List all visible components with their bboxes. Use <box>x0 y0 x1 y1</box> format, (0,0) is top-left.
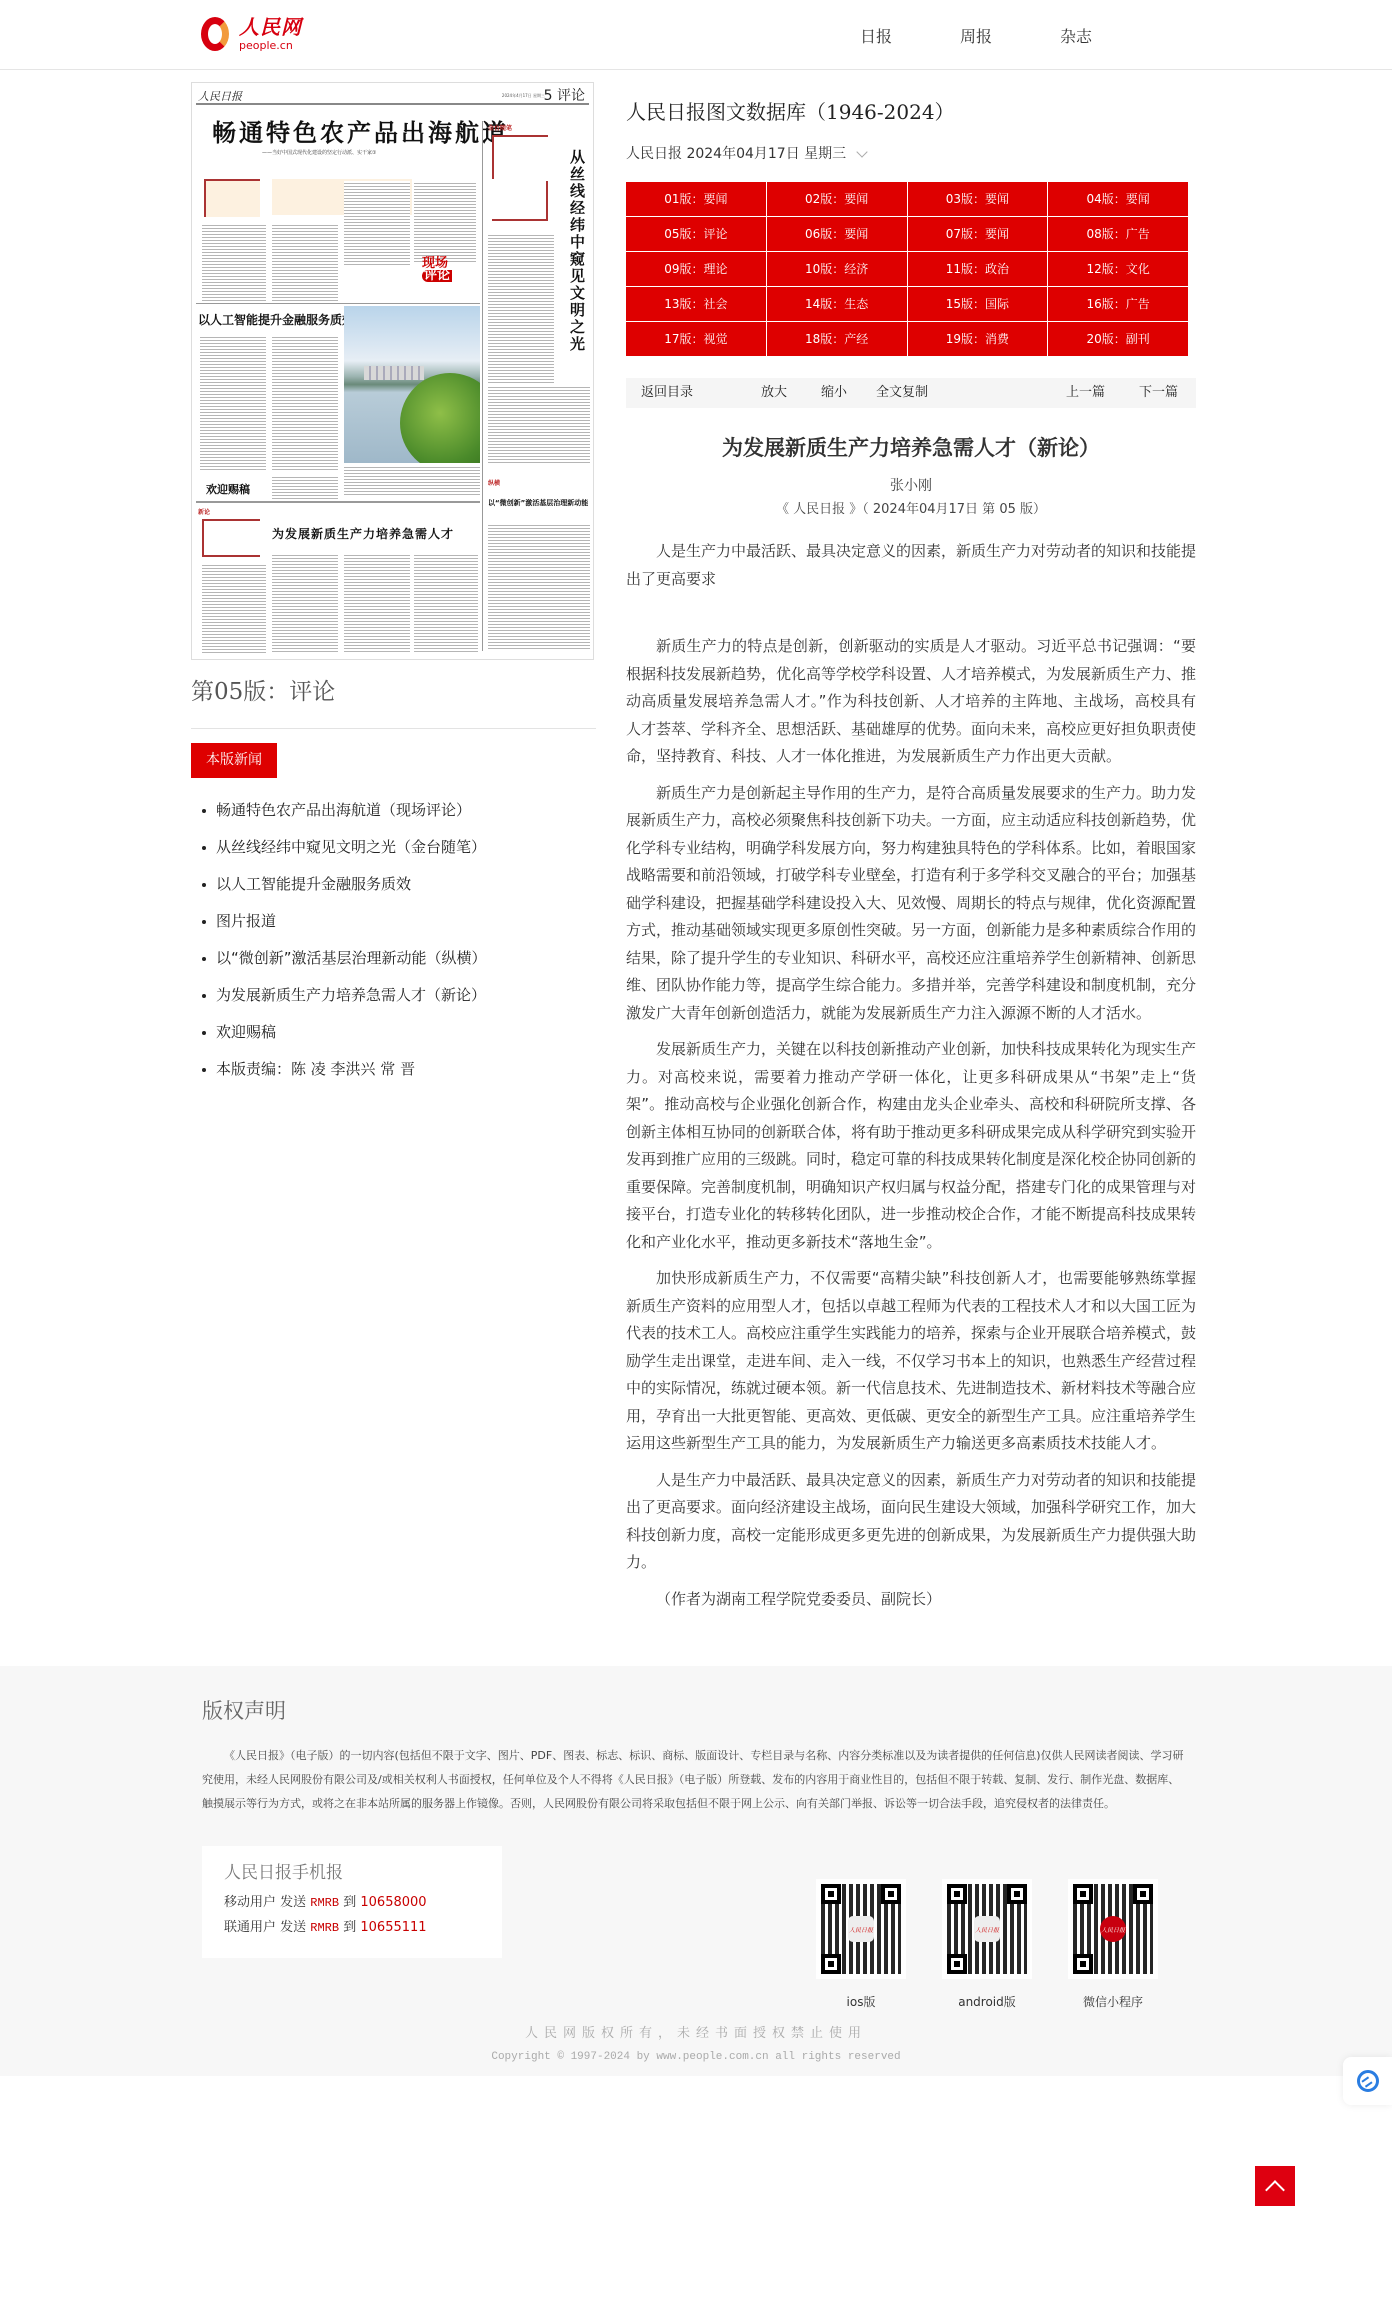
news-link[interactable]: 为发展新质生产力培养急需人才（新论） <box>216 986 486 1004</box>
edition-link[interactable]: 14版：生态 <box>767 287 907 321</box>
thumb-subhead: ——当好中国式现代化建设的坚定行动派、实干家① <box>262 149 377 156</box>
chevron-down-icon[interactable] <box>857 146 868 157</box>
thumb-tag-jintai: 金台随笔 <box>488 123 512 132</box>
qr-code-group: 人民日报 ios版 人民日报 android版 <box>816 1879 1158 2011</box>
article-lead: 人是生产力中最活跃、最具决定意义的因素，新质生产力对劳动者的知识和技能提出了更高… <box>626 538 1196 593</box>
news-link[interactable]: 从丝线经纬中窥见文明之光（金台随笔） <box>216 838 486 856</box>
top-nav: 日报 周报 杂志 <box>826 0 1126 70</box>
thumb-second-headline: 以人工智能提升金融服务质效 <box>198 311 354 328</box>
news-item[interactable]: 畅通特色农产品出海航道（现场评论） <box>191 792 596 829</box>
article-paragraph: 人是生产力中最活跃、最具决定意义的因素，新质生产力对劳动者的知识和技能提出了更高… <box>626 1467 1196 1577</box>
nav-daily[interactable]: 日报 <box>826 24 926 47</box>
mobile-row-cmcc: 移动用户 发送 RMRB 到 10658000 <box>224 1890 480 1915</box>
thumb-date: 2024年4月17日 星期三 <box>502 93 545 99</box>
edition-link[interactable]: 05版：评论 <box>626 217 766 251</box>
back-to-top-button[interactable] <box>1255 2166 1295 2206</box>
zoom-in-button[interactable]: 放大 <box>761 378 787 408</box>
news-item[interactable]: 以人工智能提升金融服务质效 <box>191 866 596 903</box>
thumb-tag-xinlun: 新论 <box>198 507 210 516</box>
rights-cn: 人民网版权所有，未经书面授权禁止使用 <box>196 2024 1196 2044</box>
edition-link[interactable]: 18版：产经 <box>767 322 907 356</box>
news-link[interactable]: 本版责编：陈 凌 李洪兴 常 晋 <box>216 1060 415 1078</box>
article-toolbar: 返回目录 放大 缩小 全文复制 上一篇 下一篇 <box>626 378 1196 408</box>
article-source: 《 人民日报 》（ 2024年04月17日 第 05 版） <box>626 500 1196 520</box>
edition-link[interactable]: 17版：视觉 <box>626 322 766 356</box>
edition-title: 第05版：评论 <box>191 672 596 712</box>
floating-assistant-button[interactable] <box>1343 2057 1392 2105</box>
logo-swirl-icon <box>201 15 235 53</box>
copyright-title: 版权声明 <box>196 1696 1196 1726</box>
qr-code-icon: 人民日报 <box>1068 1879 1158 1979</box>
article-paragraph: 发展新质生产力，关键在以科技创新推动产业创新，加快科技成果转化为现实生产力。对高… <box>626 1036 1196 1256</box>
back-to-index-button[interactable]: 返回目录 <box>641 378 693 408</box>
qr-label: 微信小程序 <box>1068 1993 1158 2011</box>
article-paragraph: 新质生产力是创新起主导作用的生产力，是符合高质量发展要求的生产力。助力发展新质生… <box>626 780 1196 1028</box>
edition-link[interactable]: 13版：社会 <box>626 287 766 321</box>
edition-link[interactable]: 03版：要闻 <box>908 182 1048 216</box>
thumb-section-label: 5 评论 <box>544 85 585 105</box>
copy-all-button[interactable]: 全文复制 <box>876 378 928 408</box>
people-cn-logo[interactable]: 人民网 people.cn <box>201 13 311 55</box>
mobile-box-title: 人民日报手机报 <box>224 1860 480 1886</box>
news-item[interactable]: 以“微创新”激活基层治理新动能（纵横） <box>191 940 596 977</box>
edition-link[interactable]: 09版：理论 <box>626 252 766 286</box>
thumb-vertical-headline: 从丝线经纬中窥见文明之光 <box>571 149 587 353</box>
logo-cn-text: 人民网 <box>239 17 302 37</box>
qr-label: android版 <box>942 1993 1032 2011</box>
article-title: 为发展新质生产力培养急需人才（新论） <box>626 432 1196 464</box>
date-selector[interactable]: 人民日报 2024年04月17日 星期三 <box>626 142 1196 166</box>
qr-code-icon: 人民日报 <box>942 1879 1032 1979</box>
author-note: （作者为湖南工程学院党委委员、副院长） <box>626 1586 1196 1614</box>
nav-weekly[interactable]: 周报 <box>926 24 1026 47</box>
thumb-xianchang-badge: 现场 评论 <box>422 258 452 282</box>
next-article-button[interactable]: 下一篇 <box>1139 378 1178 408</box>
left-column: 人民日报 2024年4月17日 星期三 5 评论 畅通特色农产品出海航道 ——当… <box>191 80 596 1622</box>
edition-link[interactable]: 04版：要闻 <box>1048 182 1188 216</box>
rights-en: Copyright © 1997-2024 by www.people.com.… <box>196 2048 1196 2066</box>
right-column: 人民日报图文数据库（1946-2024） 人民日报 2024年04月17日 星期… <box>626 80 1196 1622</box>
article-paragraph: 新质生产力的特点是创新，创新驱动的实质是人才驱动。习近平总书记强调：“要根据科技… <box>626 633 1196 771</box>
edition-link[interactable]: 12版：文化 <box>1048 252 1188 286</box>
news-link[interactable]: 图片报道 <box>216 912 276 930</box>
database-title: 人民日报图文数据库（1946-2024） <box>626 98 1196 126</box>
zoom-out-button[interactable]: 缩小 <box>821 378 847 408</box>
date-text: 人民日报 2024年04月17日 星期三 <box>626 142 846 166</box>
assistant-logo-icon <box>1357 2070 1379 2092</box>
chevron-up-icon <box>1265 2180 1285 2200</box>
logo-en-text: people.cn <box>239 40 302 51</box>
nav-magazine[interactable]: 杂志 <box>1026 24 1126 47</box>
mobile-newspaper-box: 人民日报手机报 移动用户 发送 RMRB 到 10658000 联通用户 发送 … <box>202 1846 502 1958</box>
edition-link[interactable]: 08版：广告 <box>1048 217 1188 251</box>
qr-wechat-miniprogram: 人民日报 微信小程序 <box>1068 1879 1158 2011</box>
edition-link[interactable]: 06版：要闻 <box>767 217 907 251</box>
news-link[interactable]: 以人工智能提升金融服务质效 <box>216 875 411 893</box>
article-paragraph: 加快形成新质生产力，不仅需要“高精尖缺”科技创新人才，也需要能够熟练掌握新质生产… <box>626 1265 1196 1458</box>
footer: 版权声明 《人民日报》（电子版）的一切内容(包括但不限于文字、图片、PDF、图表… <box>0 1666 1392 2076</box>
news-item[interactable]: 图片报道 <box>191 903 596 940</box>
news-link[interactable]: 以“微创新”激活基层治理新动能（纵横） <box>216 949 487 967</box>
edition-link[interactable]: 19版：消费 <box>908 322 1048 356</box>
thumb-headline: 畅通特色农产品出海航道 <box>212 113 509 148</box>
qr-label: ios版 <box>816 1993 906 2011</box>
section-news-heading: 本版新闻 <box>191 743 277 778</box>
mobile-row-unicom: 联通用户 发送 RMRB 到 10655111 <box>224 1915 480 1940</box>
qr-android: 人民日报 android版 <box>942 1879 1032 2011</box>
edition-link[interactable]: 20版：副刊 <box>1048 322 1188 356</box>
thumb-bottom-headline: 为发展新质生产力培养急需人才 <box>272 525 454 542</box>
news-item[interactable]: 为发展新质生产力培养急需人才（新论） <box>191 977 596 1014</box>
edition-link[interactable]: 16版：广告 <box>1048 287 1188 321</box>
thumb-photo <box>344 306 480 463</box>
prev-article-button[interactable]: 上一篇 <box>1066 378 1105 408</box>
main-content: 人民日报 2024年4月17日 星期三 5 评论 畅通特色农产品出海航道 ——当… <box>196 70 1196 1622</box>
page-thumbnail-image[interactable]: 人民日报 2024年4月17日 星期三 5 评论 畅通特色农产品出海航道 ——当… <box>191 82 594 660</box>
article-body: 人是生产力中最活跃、最具决定意义的因素，新质生产力对劳动者的知识和技能提出了更高… <box>626 538 1196 1613</box>
edition-link[interactable]: 10版：经济 <box>767 252 907 286</box>
edition-grid: 01版：要闻 02版：要闻 03版：要闻 04版：要闻 05版：评论 06版：要… <box>626 182 1188 356</box>
news-link[interactable]: 欢迎赐稿 <box>216 1023 276 1041</box>
qr-code-icon: 人民日报 <box>816 1879 906 1979</box>
edition-link[interactable]: 01版：要闻 <box>626 182 766 216</box>
thumb-masthead: 人民日报 2024年4月17日 星期三 5 评论 <box>196 85 589 105</box>
copyright-text: 《人民日报》（电子版）的一切内容(包括但不限于文字、图片、PDF、图表、标志、标… <box>196 1744 1186 1816</box>
thumb-tag-zongheng: 纵横 <box>488 478 500 487</box>
divider <box>191 728 596 729</box>
thumb-paper-name: 人民日报 <box>198 88 242 104</box>
edition-link[interactable]: 11版：政治 <box>908 252 1048 286</box>
thumb-side-headline: 以“微创新”激活基层治理新动能 <box>488 498 588 508</box>
news-list: 畅通特色农产品出海航道（现场评论） 从丝线经纬中窥见文明之光（金台随笔） 以人工… <box>191 792 596 1088</box>
edition-link[interactable]: 02版：要闻 <box>767 182 907 216</box>
top-bar: 人民网 people.cn 日报 周报 杂志 <box>0 0 1392 70</box>
thumb-welcome: 欢迎赐稿 <box>206 481 250 497</box>
news-link[interactable]: 畅通特色农产品出海航道（现场评论） <box>216 801 471 819</box>
edition-link[interactable]: 07版：要闻 <box>908 217 1048 251</box>
news-item[interactable]: 本版责编：陈 凌 李洪兴 常 晋 <box>191 1051 596 1088</box>
qr-ios: 人民日报 ios版 <box>816 1879 906 2011</box>
news-item[interactable]: 欢迎赐稿 <box>191 1014 596 1051</box>
article-author: 张小刚 <box>626 476 1196 496</box>
edition-link[interactable]: 15版：国际 <box>908 287 1048 321</box>
news-item[interactable]: 从丝线经纬中窥见文明之光（金台随笔） <box>191 829 596 866</box>
